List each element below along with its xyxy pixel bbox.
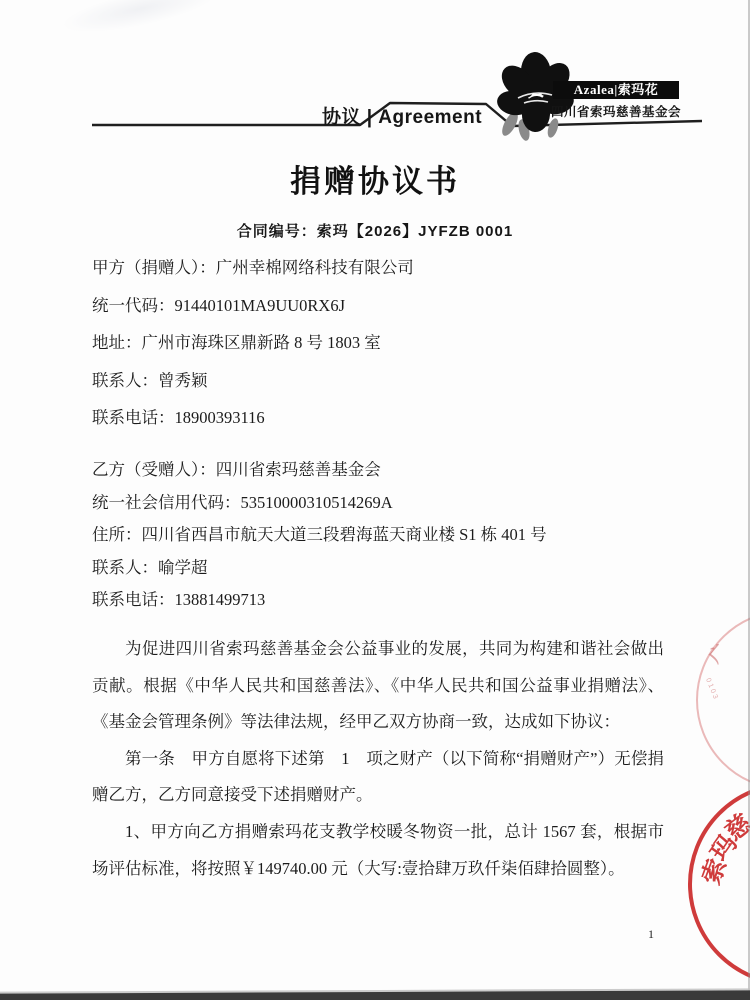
- party-b-block: 乙方（受赠人）：四川省索玛慈善基金会 统一社会信用代码：535100003105…: [92, 454, 674, 617]
- banner-label: 协议 | Agreement: [296, 102, 508, 129]
- party-a-name: 甲方（捐赠人）：广州幸棉网络科技有限公司: [92, 249, 674, 287]
- party-b-code: 统一社会信用代码：53510000310514269A: [92, 487, 674, 520]
- scanned-agreement-page: 协议 | Agreement Azalea|索玛花 四川省索玛慈善基金会 捐赠协…: [0, 0, 750, 1000]
- foundation-seal-stamp: 慈 玛 索: [688, 782, 750, 986]
- party-a-phone: 联系电话：18900393116: [92, 399, 674, 437]
- logo-brand-badge: Azalea|索玛花: [553, 81, 679, 99]
- page-number: 1: [648, 927, 654, 942]
- logo-org-name: 四川省索玛慈善基金会: [549, 102, 683, 120]
- contract-number: 合同编号：索玛【2026】JYFZB 0001: [0, 220, 750, 241]
- party-a-contact: 联系人：曾秀颖: [92, 362, 674, 400]
- party-a-block: 甲方（捐赠人）：广州幸棉网络科技有限公司 统一代码：91440101MA9UU0…: [92, 249, 674, 437]
- seal-character: 广: [701, 638, 731, 667]
- company-seal-stamp: 广 0103: [696, 610, 750, 790]
- party-b-name: 乙方（受赠人）：四川省索玛慈善基金会: [92, 454, 674, 487]
- scan-edge-bottom: [0, 990, 750, 1000]
- paragraph-item1: 1、甲方向乙方捐赠索玛花支教学校暖冬物资一批，总计 1567 套，根据市场评估标…: [92, 814, 664, 887]
- agreement-body: 为促进四川省索玛慈善基金会公益事业的发展，共同为构建和谐社会做出贡献。根据《中华…: [92, 631, 664, 887]
- document-title: 捐赠协议书: [0, 156, 750, 201]
- party-b-address: 住所：四川省西昌市航天大道三段碧海蓝天商业楼 S1 栋 401 号: [92, 519, 674, 552]
- seal-digits: 0103: [704, 677, 719, 701]
- scan-smudge: [58, 0, 222, 42]
- paragraph-preamble: 为促进四川省索玛慈善基金会公益事业的发展，共同为构建和谐社会做出贡献。根据《中华…: [92, 631, 664, 741]
- party-b-phone: 联系电话：13881499713: [92, 584, 674, 617]
- paragraph-article1: 第一条 甲方自愿将下述第 1 项之财产（以下简称“捐赠财产”）无偿捐赠乙方，乙方…: [92, 741, 664, 814]
- party-b-contact: 联系人：喻学超: [92, 552, 674, 585]
- party-a-address: 地址：广州市海珠区鼎新路 8 号 1803 室: [92, 324, 674, 362]
- party-a-code: 统一代码：91440101MA9UU0RX6J: [92, 287, 674, 325]
